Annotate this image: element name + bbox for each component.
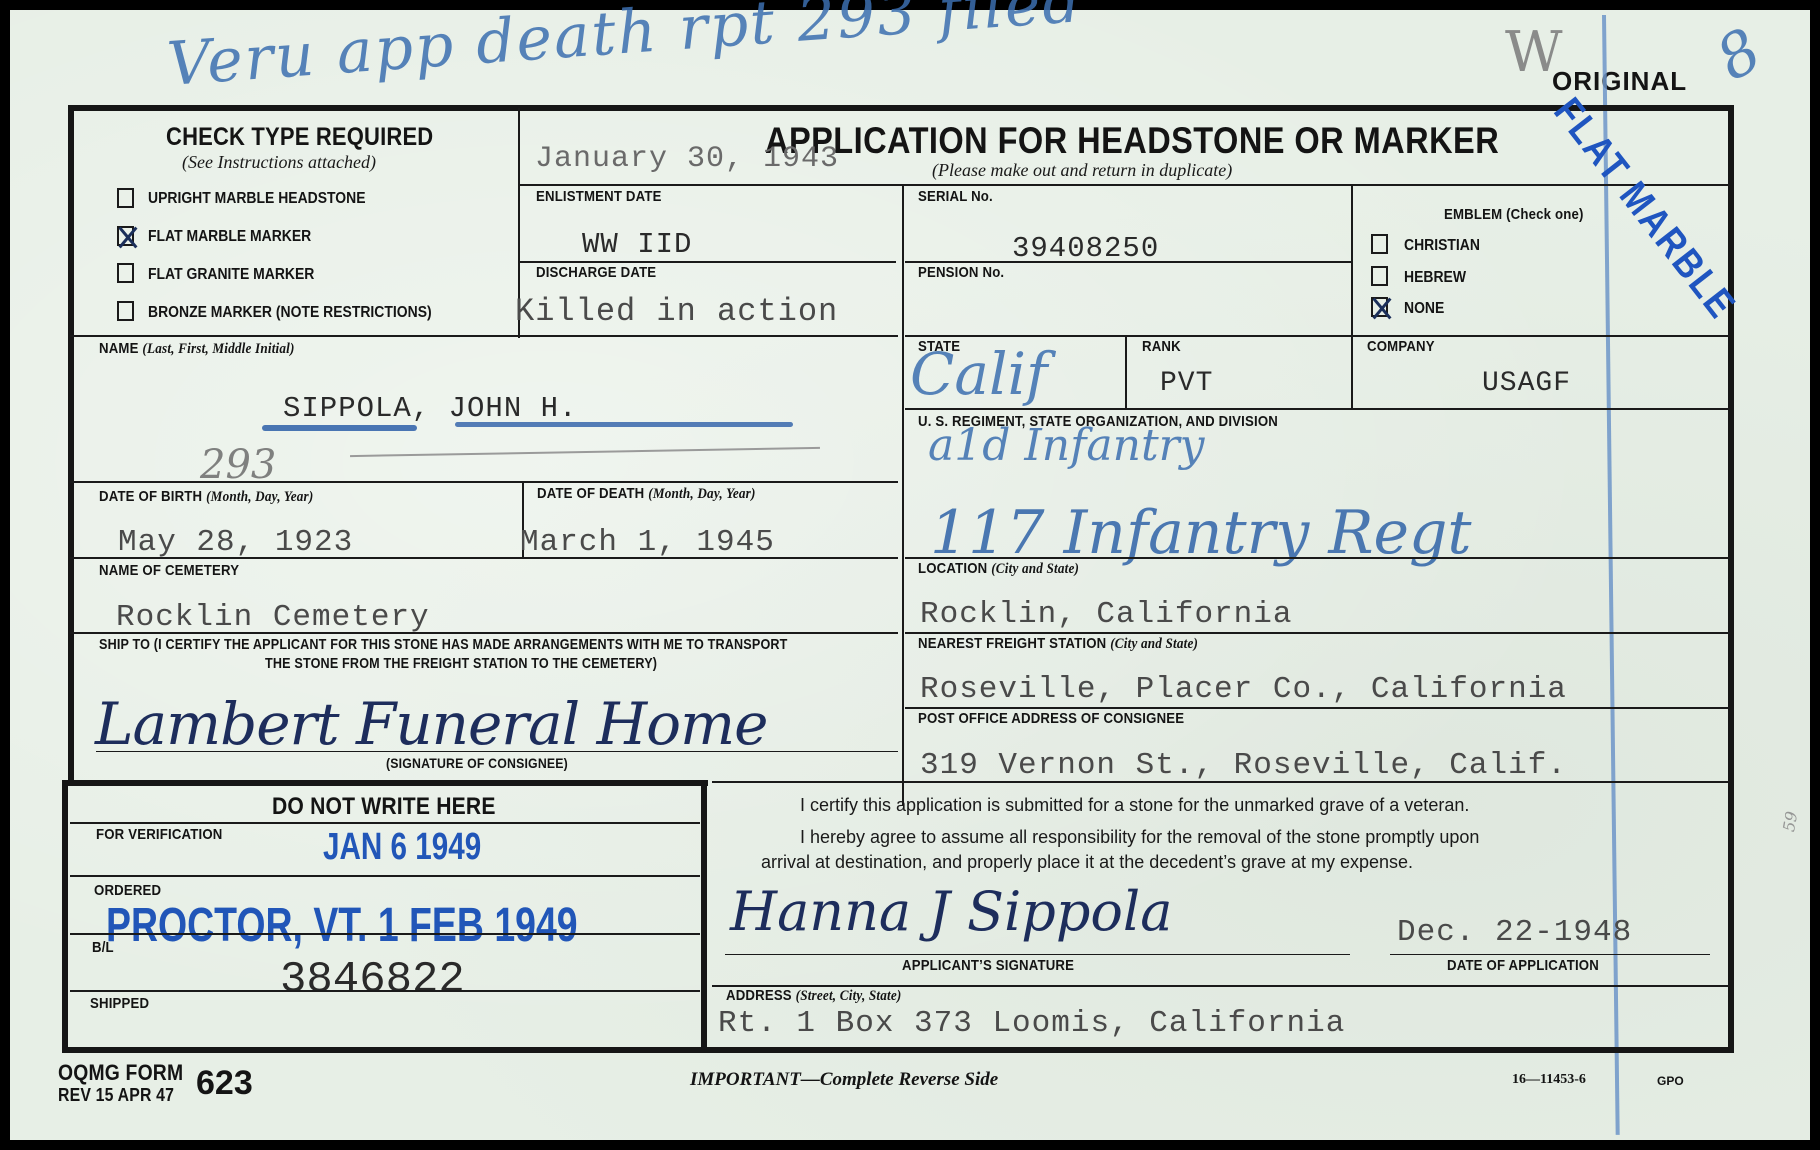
- verification-label: FOR VERIFICATION: [96, 826, 223, 843]
- location-label-note: (City and State): [991, 561, 1079, 577]
- location-value[interactable]: Rocklin, California: [920, 597, 1292, 632]
- verification-stamp: JAN 6 1949: [323, 826, 481, 869]
- office-row-ordered: [70, 875, 700, 877]
- consignee-address-label: POST OFFICE ADDRESS OF CONSIGNEE: [918, 710, 1184, 727]
- divider-state-rank: [1125, 335, 1127, 409]
- office-row-bl: [70, 933, 700, 935]
- row-separator-freight: [905, 632, 1730, 634]
- form-number: 623: [196, 1064, 253, 1103]
- date-of-application-caption: DATE OF APPLICATION: [1447, 957, 1599, 974]
- dod-label-note: (Month, Day, Year): [648, 486, 755, 502]
- cemetery-value[interactable]: Rocklin Cemetery: [116, 600, 430, 635]
- header-separator: [518, 184, 1730, 186]
- consignee-signature-line: [96, 751, 898, 752]
- cemetery-label: NAME OF CEMETERY: [99, 562, 239, 579]
- dob-label-text: DATE OF BIRTH: [99, 488, 202, 505]
- consignee-address-value[interactable]: 319 Vernon St., Roseville, Calif.: [920, 748, 1567, 783]
- form-title: APPLICATION FOR HEADSTONE OR MARKER: [765, 120, 1499, 162]
- enlistment-line: [518, 261, 896, 263]
- location-label-text: LOCATION: [918, 560, 987, 577]
- form-border-top: [68, 105, 1734, 111]
- applicant-signature-caption: APPLICANT’S SIGNATURE: [902, 957, 1074, 974]
- form-subtitle: (Please make out and return in duplicate…: [932, 160, 1232, 181]
- row-separator-shipto: [70, 632, 898, 634]
- applicant-signature-line: [725, 954, 1350, 955]
- printer-label: GPO: [1657, 1074, 1684, 1088]
- checkbox-none[interactable]: [1371, 297, 1388, 317]
- discharge-date-value[interactable]: Killed in action: [515, 293, 838, 330]
- company-label: COMPANY: [1367, 338, 1435, 355]
- row-separator-state: [905, 335, 1730, 337]
- serial-no-label: SERIAL No.: [918, 188, 993, 205]
- freight-station-label-text: NEAREST FREIGHT STATION: [918, 635, 1106, 652]
- checkbox-bronze-marker[interactable]: [117, 301, 134, 321]
- row-separator-cemetery: [70, 557, 898, 559]
- ordered-label: ORDERED: [94, 882, 161, 899]
- label-none: NONE: [1404, 300, 1444, 318]
- name-value[interactable]: SIPPOLA, JOHN H.: [283, 392, 577, 425]
- form-number-label: OQMG FORM: [58, 1060, 183, 1086]
- form-border-left: [68, 105, 74, 786]
- checkbox-flat-granite-marker[interactable]: [117, 263, 134, 283]
- consignee-signature[interactable]: Lambert Funeral Home: [95, 690, 767, 758]
- label-flat-granite-marker: FLAT GRANITE MARKER: [148, 266, 314, 284]
- freight-station-label: NEAREST FREIGHT STATION (City and State): [918, 635, 1198, 653]
- checkbox-christian[interactable]: [1371, 234, 1388, 254]
- checkbox-flat-marble-marker[interactable]: [117, 226, 134, 246]
- dob-label-note: (Month, Day, Year): [206, 489, 313, 505]
- office-box-top: [68, 780, 708, 786]
- footer-notice: IMPORTANT—Complete Reverse Side: [690, 1069, 998, 1091]
- address-label-note: (Street, City, State): [796, 988, 902, 1004]
- name-underline-mark: [262, 425, 417, 431]
- row-separator-name: [70, 335, 898, 337]
- certification-line1: I certify this application is submitted …: [800, 795, 1469, 816]
- office-box-left: [62, 780, 68, 1053]
- address-label-text: ADDRESS: [726, 987, 792, 1004]
- rank-label: RANK: [1142, 338, 1181, 355]
- office-row-verification: [70, 822, 700, 824]
- freight-station-label-note: (City and State): [1110, 636, 1198, 652]
- applicant-signature[interactable]: Hanna J Sippola: [730, 880, 1172, 943]
- discharge-date-label: DISCHARGE DATE: [536, 264, 656, 281]
- divider-center-upper: [902, 185, 904, 805]
- emblem-heading: EMBLEM (Check one): [1444, 206, 1584, 223]
- shipped-label: SHIPPED: [90, 995, 149, 1012]
- name-label-note: (Last, First, Middle Initial): [142, 341, 294, 357]
- emblem-heading-text: EMBLEM (Check one): [1444, 206, 1584, 223]
- certification-line2: I hereby agree to assume all responsibil…: [800, 827, 1479, 848]
- row-separator-consignee: [905, 707, 1730, 709]
- name-underline-mark-2: [455, 422, 793, 427]
- office-box-heading: DO NOT WRITE HERE: [272, 793, 496, 821]
- serial-line: [905, 261, 1352, 263]
- certification-line3: arrival at destination, and properly pla…: [761, 852, 1413, 873]
- state-value[interactable]: Calif: [910, 340, 1048, 408]
- bl-label: B/L: [92, 939, 114, 956]
- pension-no-label: PENSION No.: [918, 264, 1004, 281]
- check-type-heading: CHECK TYPE REQUIRED: [166, 123, 433, 152]
- dod-value[interactable]: March 1, 1945: [520, 525, 775, 560]
- checkbox-upright-marble-headstone[interactable]: [117, 188, 134, 208]
- typed-header-date: January 30, 1943: [535, 142, 839, 176]
- label-hebrew: HEBREW: [1404, 269, 1466, 287]
- row-separator-regiment: [905, 408, 1730, 410]
- label-upright-marble-headstone: UPRIGHT MARBLE HEADSTONE: [148, 190, 366, 208]
- row-separator-dob: [70, 481, 898, 483]
- office-row-shipped: [70, 990, 700, 992]
- check-type-note: (See Instructions attached): [182, 152, 376, 173]
- dob-label: DATE OF BIRTH (Month, Day, Year): [99, 488, 313, 506]
- freight-station-value[interactable]: Roseville, Placer Co., California: [920, 672, 1567, 707]
- checkbox-hebrew[interactable]: [1371, 266, 1388, 286]
- name-label: NAME (Last, First, Middle Initial): [99, 340, 295, 358]
- enlistment-date-value[interactable]: WW IID: [582, 228, 692, 261]
- regiment-value-line1[interactable]: a1d Infantry: [928, 420, 1205, 471]
- print-code: 16—11453-6: [1512, 1072, 1586, 1088]
- form-border-bottom: [62, 1047, 1734, 1053]
- form-revision: REV 15 APR 47: [58, 1085, 174, 1106]
- consignee-signature-caption: (SIGNATURE OF CONSIGNEE): [386, 755, 568, 771]
- certification-top-line: [712, 781, 1730, 783]
- dob-value[interactable]: May 28, 1923: [118, 525, 353, 560]
- company-value[interactable]: USAGF: [1482, 368, 1571, 399]
- row-separator-location: [905, 557, 1730, 559]
- label-christian: CHRISTIAN: [1404, 237, 1480, 255]
- margin-note: 59: [1779, 810, 1801, 833]
- form-border-right: [1728, 105, 1734, 1053]
- label-flat-marble-marker: FLAT MARBLE MARKER: [148, 228, 311, 246]
- copy-label: ORIGINAL: [1552, 66, 1687, 97]
- dod-label-text: DATE OF DEATH: [537, 485, 644, 502]
- date-of-application-value[interactable]: Dec. 22-1948: [1397, 915, 1632, 950]
- label-bronze-marker: BRONZE MARKER (NOTE RESTRICTIONS): [148, 304, 432, 322]
- rank-value[interactable]: PVT: [1160, 368, 1213, 399]
- address-label: ADDRESS (Street, City, State): [726, 987, 901, 1005]
- ordered-stamp: PROCTOR, VT. 1 FEB 1949: [106, 898, 578, 953]
- enlistment-date-label: ENLISTMENT DATE: [536, 188, 662, 205]
- ship-to-label-line2: THE STONE FROM THE FREIGHT STATION TO TH…: [265, 655, 657, 672]
- location-label: LOCATION (City and State): [918, 560, 1079, 578]
- bl-value[interactable]: 3846822: [280, 955, 465, 1005]
- address-value[interactable]: Rt. 1 Box 373 Loomis, California: [718, 1006, 1345, 1041]
- divider-emblem: [1351, 185, 1353, 409]
- dod-label: DATE OF DEATH (Month, Day, Year): [537, 485, 756, 503]
- date-of-application-line: [1390, 954, 1710, 955]
- name-label-text: NAME: [99, 340, 139, 357]
- office-box-right: [701, 780, 707, 1048]
- ship-to-label: SHIP TO (I CERTIFY THE APPLICANT FOR THI…: [99, 636, 788, 653]
